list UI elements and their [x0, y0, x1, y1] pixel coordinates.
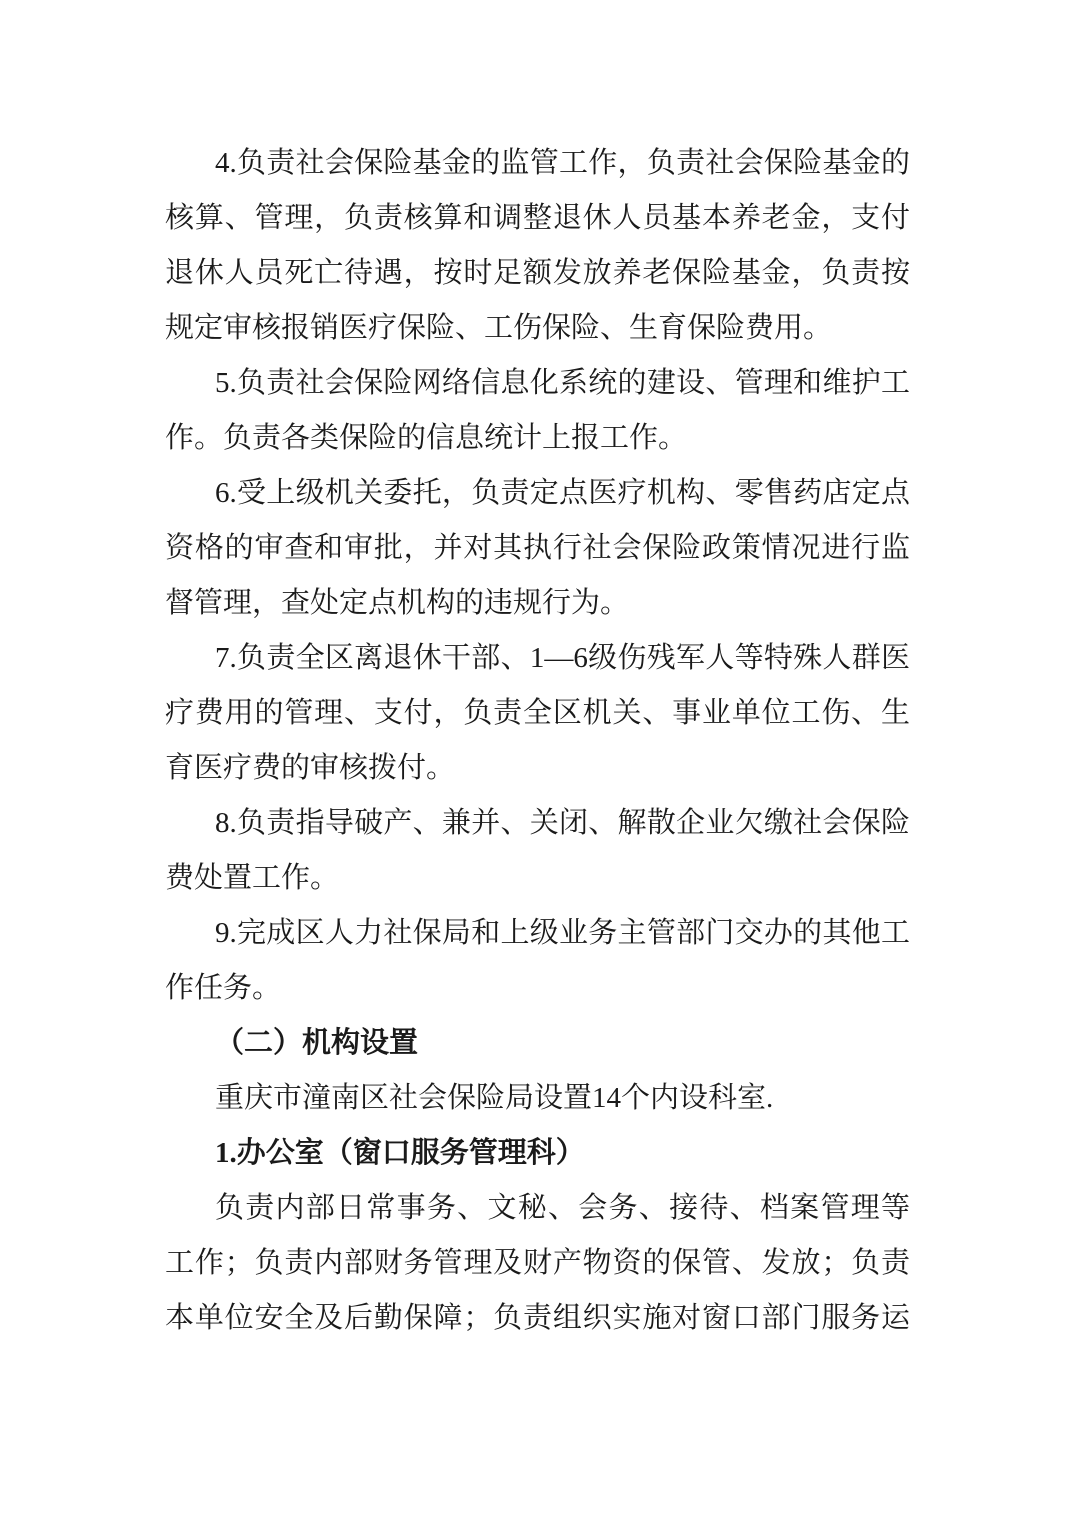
text-line: 负责内部日常事务、文秘、会务、接待、档案管理等 [165, 1181, 910, 1236]
text-line: 作任务。 [165, 961, 910, 1016]
paragraph-item-6: 6.受上级机关委托，负责定点医疗机构、零售药店定点资格的审查和审批，并对其执行社… [165, 466, 910, 631]
text-line: 作。负责各类保险的信息统计上报工作。 [165, 411, 910, 466]
text-line: 本单位安全及后勤保障；负责组织实施对窗口部门服务运 [165, 1291, 910, 1346]
document-content: 4.负责社会保险基金的监管工作，负责社会保险基金的核算、管理，负责核算和调整退休… [165, 136, 910, 1346]
text-line: 资格的审查和审批，并对其执行社会保险政策情况进行监 [165, 521, 910, 576]
text-line: 疗费用的管理、支付，负责全区机关、事业单位工伤、生 [165, 686, 910, 741]
paragraph-item-5: 5.负责社会保险网络信息化系统的建设、管理和维护工作。负责各类保险的信息统计上报… [165, 356, 910, 466]
text-line: 核算、管理，负责核算和调整退休人员基本养老金，支付 [165, 191, 910, 246]
text-line: 7.负责全区离退休干部、1—6级伤残军人等特殊人群医 [165, 631, 910, 686]
text-line: 5.负责社会保险网络信息化系统的建设、管理和维护工 [165, 356, 910, 411]
paragraph-office-duties: 负责内部日常事务、文秘、会务、接待、档案管理等工作；负责内部财务管理及财产物资的… [165, 1181, 910, 1346]
paragraph-item-7: 7.负责全区离退休干部、1—6级伤残军人等特殊人群医疗费用的管理、支付，负责全区… [165, 631, 910, 796]
document-page: 4.负责社会保险基金的监管工作，负责社会保险基金的核算、管理，负责核算和调整退休… [0, 0, 1075, 1520]
text-line: 4.负责社会保险基金的监管工作，负责社会保险基金的 [165, 136, 910, 191]
text-line: 督管理，查处定点机构的违规行为。 [165, 576, 910, 631]
text-line: 9.完成区人力社保局和上级业务主管部门交办的其他工 [165, 906, 910, 961]
text-line: 规定审核报销医疗保险、工伤保险、生育保险费用。 [165, 301, 910, 356]
text-line: 1.办公室（窗口服务管理科） [165, 1126, 910, 1181]
text-line: 育医疗费的审核拨付。 [165, 741, 910, 796]
paragraph-item-8: 8.负责指导破产、兼并、关闭、解散企业欠缴社会保险费处置工作。 [165, 796, 910, 906]
text-line: 重庆市潼南区社会保险局设置14个内设科室. [165, 1071, 910, 1126]
text-line: 8.负责指导破产、兼并、关闭、解散企业欠缴社会保险 [165, 796, 910, 851]
text-line: 费处置工作。 [165, 851, 910, 906]
paragraph-item-4: 4.负责社会保险基金的监管工作，负责社会保险基金的核算、管理，负责核算和调整退休… [165, 136, 910, 356]
text-line: 工作；负责内部财务管理及财产物资的保管、发放；负责 [165, 1236, 910, 1291]
paragraph-item-9: 9.完成区人力社保局和上级业务主管部门交办的其他工作任务。 [165, 906, 910, 1016]
text-line: 退休人员死亡待遇，按时足额发放养老保险基金，负责按 [165, 246, 910, 301]
text-line: 6.受上级机关委托，负责定点医疗机构、零售药店定点 [165, 466, 910, 521]
text-line: （二）机构设置 [165, 1016, 910, 1071]
section-heading-2: （二）机构设置 [165, 1016, 910, 1071]
department-heading-1: 1.办公室（窗口服务管理科） [165, 1126, 910, 1181]
paragraph-intro: 重庆市潼南区社会保险局设置14个内设科室. [165, 1071, 910, 1126]
